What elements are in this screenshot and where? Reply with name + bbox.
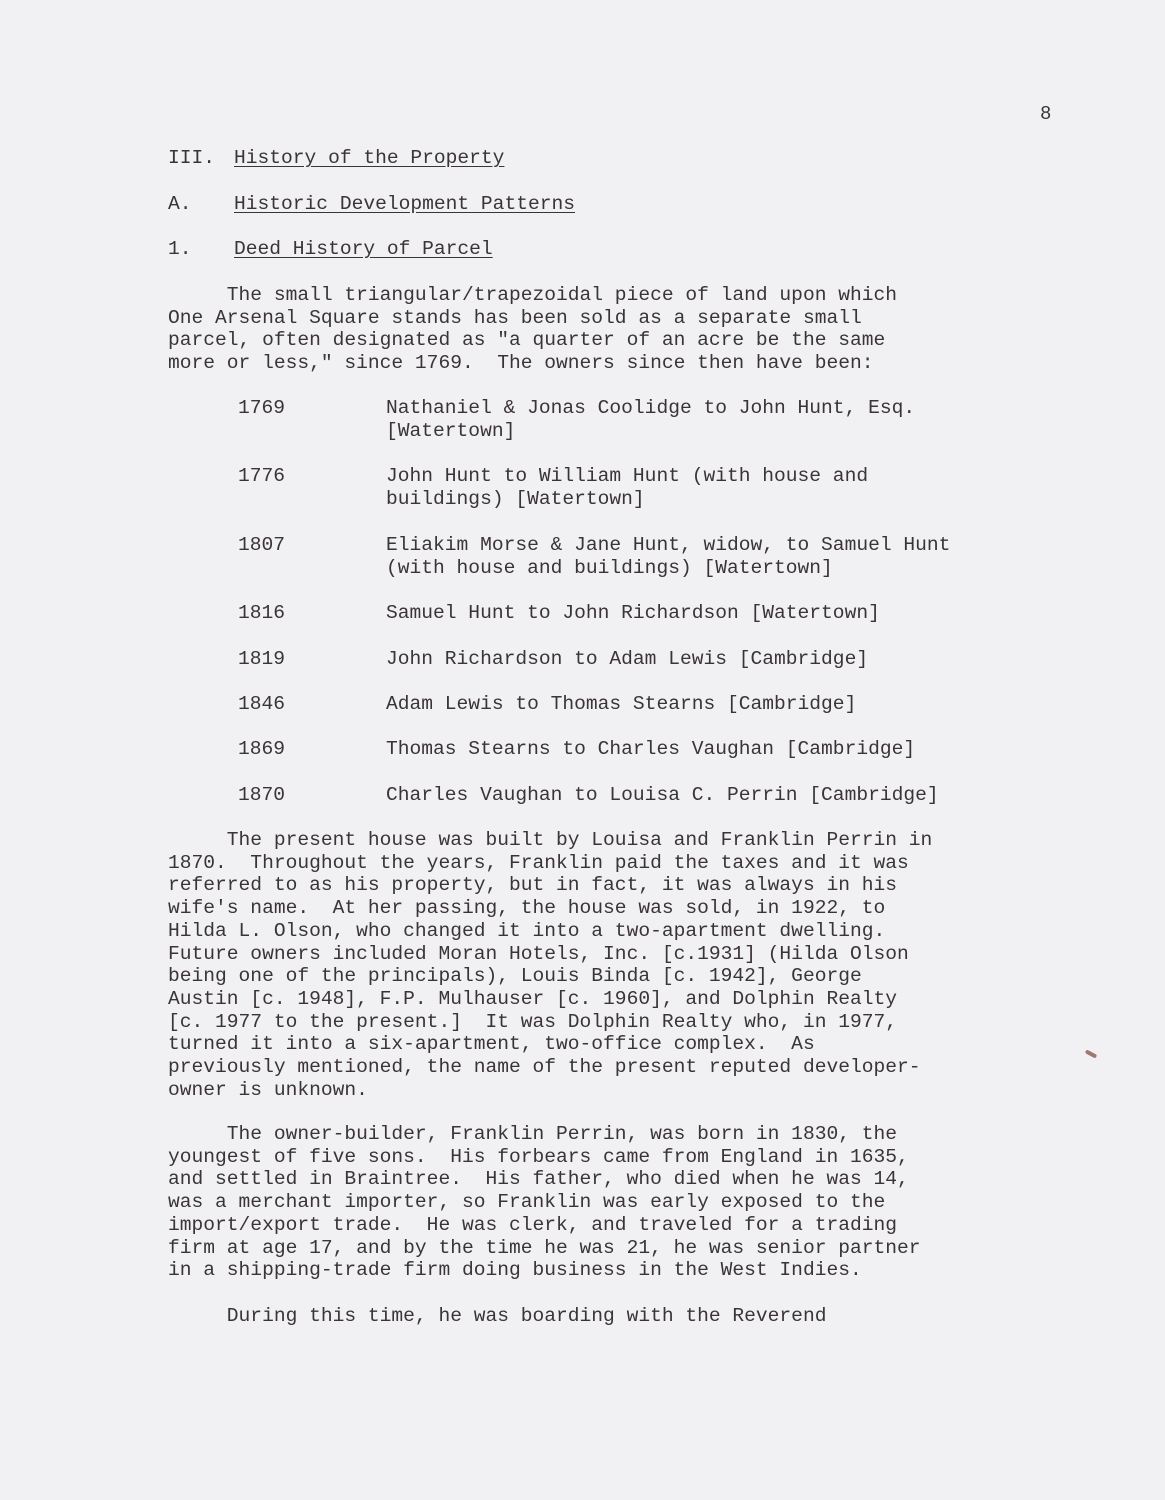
deed-text: Charles Vaughan to Louisa C. Perrin [Cam…: [386, 784, 939, 807]
page-number: 8: [1040, 103, 1051, 125]
subsubsection-number: 1.: [168, 238, 192, 260]
deed-year: 1769: [238, 397, 285, 419]
subsubsection-title: Deed History of Parcel: [234, 238, 493, 260]
subsection-number: A.: [168, 193, 192, 215]
deed-year: 1846: [238, 693, 285, 715]
subsection-title: Historic Development Patterns: [234, 193, 575, 215]
owner-builder-paragraph: The owner-builder, Franklin Perrin, was …: [168, 1123, 1068, 1282]
deed-text: Thomas Stearns to Charles Vaughan [Cambr…: [386, 738, 915, 761]
deed-year: 1870: [238, 784, 285, 806]
deed-text: Adam Lewis to Thomas Stearns [Cambridge]: [386, 693, 856, 716]
deed-year: 1816: [238, 602, 285, 624]
deed-text: Nathaniel & Jonas Coolidge to John Hunt,…: [386, 397, 915, 442]
deed-text: Eliakim Morse & Jane Hunt, widow, to Sam…: [386, 534, 950, 579]
section-title: History of the Property: [234, 147, 504, 169]
deed-year: 1807: [238, 534, 285, 556]
deed-year: 1819: [238, 648, 285, 670]
deed-year: 1776: [238, 465, 285, 487]
section-number: III.: [168, 147, 215, 169]
house-history-paragraph: The present house was built by Louisa an…: [168, 829, 1068, 1101]
deed-year: 1869: [238, 738, 285, 760]
boarding-paragraph: During this time, he was boarding with t…: [168, 1305, 1068, 1328]
intro-paragraph: The small triangular/trapezoidal piece o…: [168, 284, 1068, 375]
deed-text: Samuel Hunt to John Richardson [Watertow…: [386, 602, 880, 625]
paper-speck: [1085, 1049, 1097, 1058]
deed-text: John Hunt to William Hunt (with house an…: [386, 465, 868, 510]
deed-text: John Richardson to Adam Lewis [Cambridge…: [386, 648, 868, 671]
